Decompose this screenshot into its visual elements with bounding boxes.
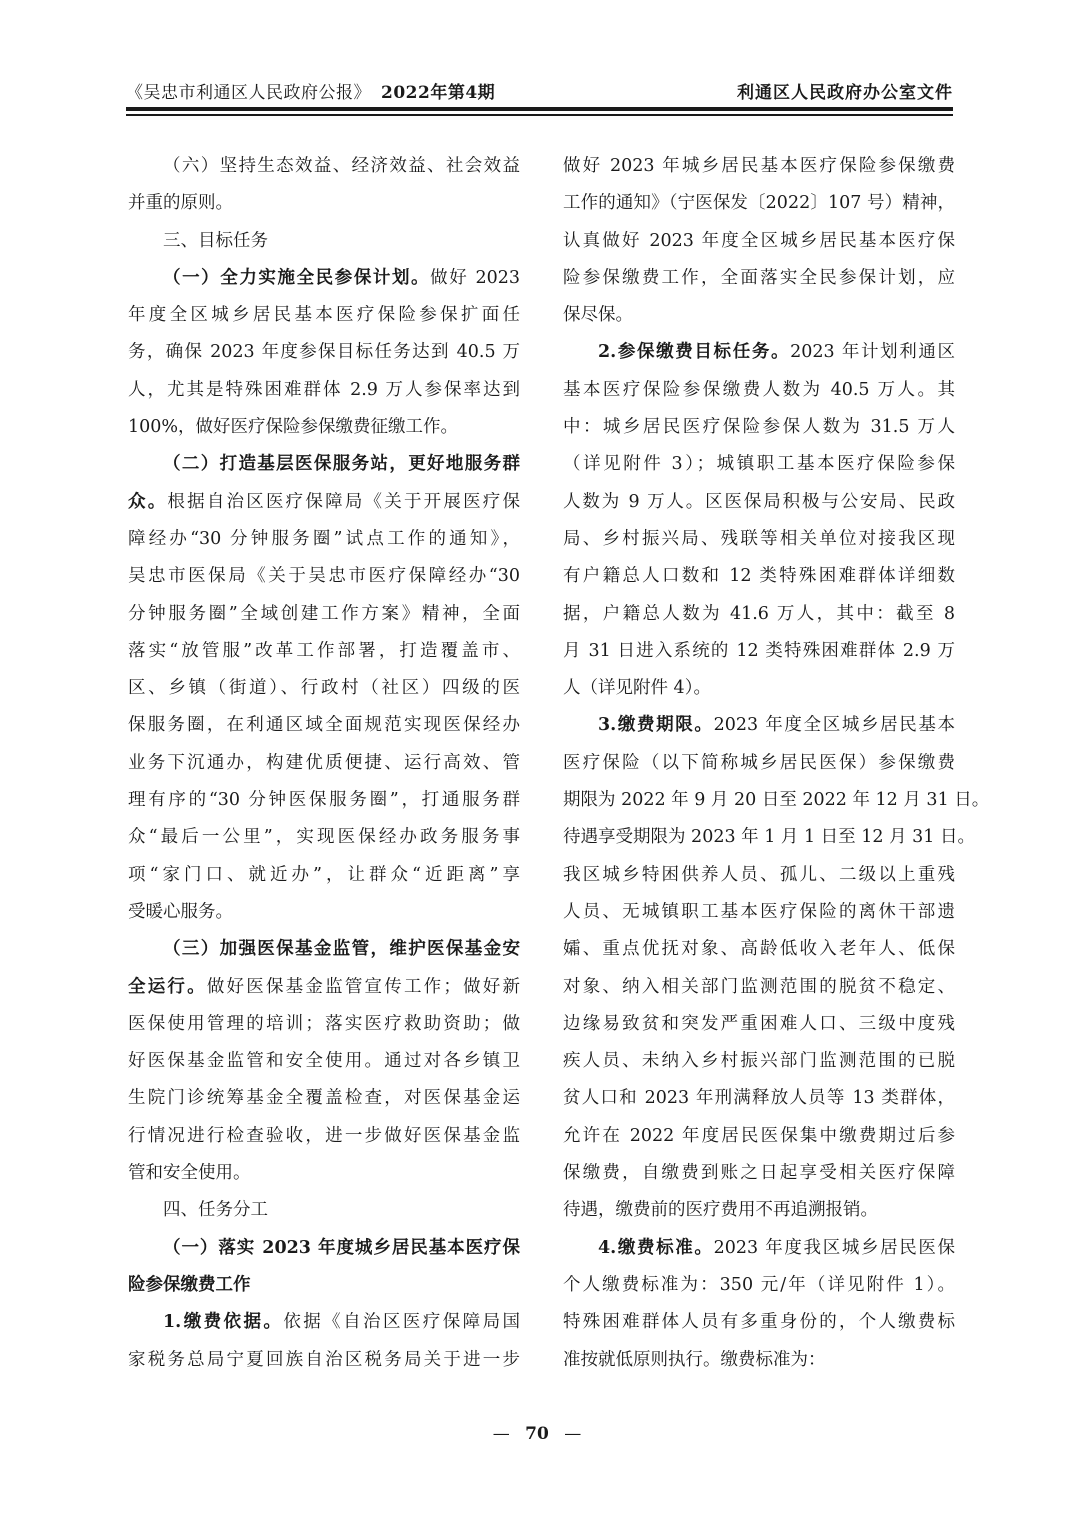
- bold-heading: 2.参保缴费目标任务。: [598, 342, 790, 362]
- body-text: 吴忠市医保局《关于吴忠市医疗保障经办“30: [128, 566, 520, 586]
- dash-left: —: [493, 1424, 510, 1444]
- body-text: （六）坚持生态效益、经济效益、社会效益: [163, 156, 520, 176]
- page-number: 70: [525, 1424, 549, 1444]
- text-line: 理有序的“30 分钟医保服务圈”，打通服务群: [128, 782, 520, 819]
- body-text: 我区城乡特困供养人员、孤儿、二级以上重残: [563, 865, 955, 885]
- body-text: 特殊困难群体人员有多重身份的，个人缴费标: [563, 1312, 955, 1332]
- text-line: 人（详见附件 4）。: [563, 670, 955, 707]
- text-line: 生院门诊统筹基金全覆盖检查，对医保基金运: [128, 1080, 520, 1117]
- body-text: 管和安全使用。: [128, 1163, 251, 1183]
- text-line: （二）打造基层医保服务站，更好地服务群: [128, 446, 520, 483]
- text-line: 业务下沉通办，构建优质便捷、运行高效、管: [128, 745, 520, 782]
- body-text: 做好 2023 年城乡居民基本医疗保险参保缴费: [563, 156, 955, 176]
- bold-heading: 4.缴费标准。: [598, 1238, 714, 1258]
- body-text: 有户籍总人口数和 12 类特殊困难群体详细数: [563, 566, 955, 586]
- body-text: 工作的通知》（宁医保发〔2022〕107 号）精神，: [563, 193, 955, 213]
- body-text: 孀、重点优抚对象、高龄低收入老年人、低保: [563, 939, 955, 959]
- text-line: 局、乡村振兴局、残联等相关单位对接我区现: [563, 521, 955, 558]
- text-line: 有户籍总人口数和 12 类特殊困难群体详细数: [563, 558, 955, 595]
- text-line: 待遇，缴费前的医疗费用不再追溯报销。: [563, 1192, 955, 1229]
- header-rule-thick: [126, 107, 953, 111]
- body-text: 障经办“30 分钟服务圈”试点工作的通知》，: [128, 529, 520, 549]
- body-text: 项“家门口、就近办”，让群众“近距离”享: [128, 865, 520, 885]
- bold-heading: （三）加强医保基金监管，维护医保基金安: [163, 939, 520, 959]
- body-text: 认真做好 2023 年度全区城乡居民基本医疗保: [563, 231, 955, 251]
- body-text: 依据《自治区医疗保障局国: [283, 1312, 520, 1332]
- body-text: 保服务圈，在利通区域全面规范实现医保经办: [128, 715, 520, 735]
- text-line: 行情况进行检查验收，进一步做好医保基金监: [128, 1118, 520, 1155]
- body-text: 2023 年度我区城乡居民医保: [714, 1238, 955, 1258]
- text-line: （六）坚持生态效益、经济效益、社会效益: [128, 148, 520, 185]
- text-line: 众。根据自治区医疗保障局《关于开展医疗保: [128, 484, 520, 521]
- body-text: 边缘易致贫和突发严重困难人口、三级中度残: [563, 1014, 955, 1034]
- text-line: （一）全力实施全民参保计划。做好 2023: [128, 260, 520, 297]
- body-text: 好医保基金监管和安全使用。通过对各乡镇卫: [128, 1051, 520, 1071]
- text-line: 区、乡镇（街道）、行政村（社区）四级的医: [128, 670, 520, 707]
- text-line: 年度全区城乡居民基本医疗保险参保扩面任: [128, 297, 520, 334]
- text-line: 准按就低原则执行。缴费标准为：: [563, 1342, 955, 1379]
- body-text: 四、任务分工: [163, 1200, 268, 1220]
- body-text: 众“最后一公里”，实现医保经办政务服务事: [128, 827, 520, 847]
- text-line: 险参保缴费工作: [128, 1267, 520, 1304]
- text-line: 个人缴费标准为：350 元/年（详见附件 1）。: [563, 1267, 955, 1304]
- body-text: 受暖心服务。: [128, 902, 233, 922]
- body-text: 人（详见附件 4）。: [563, 678, 711, 698]
- page-footer: — 70 —: [0, 1424, 1074, 1444]
- text-line: 100%，做好医疗保险参保缴费征缴工作。: [128, 409, 520, 446]
- publication-name: 《吴忠市利通区人民政府公报》: [126, 83, 371, 103]
- body-text: 分钟服务圈”全域创建工作方案》精神，全面: [128, 604, 520, 624]
- body-text: 人，尤其是特殊困难群体 2.9 万人参保率达到: [128, 380, 520, 400]
- dash-right: —: [564, 1424, 581, 1444]
- right-column: 做好 2023 年城乡居民基本医疗保险参保缴费工作的通知》（宁医保发〔2022〕…: [563, 148, 955, 1379]
- bold-heading: 众。: [128, 492, 167, 512]
- text-line: 月 31 日进入系统的 12 类特殊困难群体 2.9 万: [563, 633, 955, 670]
- body-text: 人员、无城镇职工基本医疗保险的离休干部遗: [563, 902, 955, 922]
- body-text: （详见附件 3）；城镇职工基本医疗保险参保: [563, 454, 955, 474]
- text-line: 落实“放管服”改革工作部署，打造覆盖市、: [128, 633, 520, 670]
- body-text: 待遇享受期限为 2023 年 1 月 1 日至 12 月 31 日。: [563, 827, 975, 847]
- text-line: 1.缴费依据。依据《自治区医疗保障局国: [128, 1304, 520, 1341]
- body-text: 对象、纳入相关部门监测范围的脱贫不稳定、: [563, 977, 955, 997]
- body-text: 年度全区城乡居民基本医疗保险参保扩面任: [128, 305, 520, 325]
- text-line: 保服务圈，在利通区域全面规范实现医保经办: [128, 707, 520, 744]
- body-text: 疾人员、未纳入乡村振兴部门监测范围的已脱: [563, 1051, 955, 1071]
- text-line: 工作的通知》（宁医保发〔2022〕107 号）精神，: [563, 185, 955, 222]
- body-text: 家税务总局宁夏回族自治区税务局关于进一步: [128, 1350, 520, 1370]
- text-line: 受暖心服务。: [128, 894, 520, 931]
- text-line: 全运行。做好医保基金监管宣传工作；做好新: [128, 969, 520, 1006]
- text-line: 医保使用管理的培训；落实医疗救助资助；做: [128, 1006, 520, 1043]
- running-header: 《吴忠市利通区人民政府公报》2022年第4期 利通区人民政府办公室文件: [126, 78, 953, 102]
- body-text: 并重的原则。: [128, 193, 233, 213]
- bold-heading: 1.缴费依据。: [163, 1312, 283, 1332]
- body-text: 行情况进行检查验收，进一步做好医保基金监: [128, 1126, 520, 1146]
- body-text: 生院门诊统筹基金全覆盖检查，对医保基金运: [128, 1088, 520, 1108]
- body-text: 保尽保。: [563, 305, 633, 325]
- body-text: 月 31 日进入系统的 12 类特殊困难群体 2.9 万: [563, 641, 955, 661]
- text-line: 孀、重点优抚对象、高龄低收入老年人、低保: [563, 931, 955, 968]
- text-line: 管和安全使用。: [128, 1155, 520, 1192]
- body-text: 局、乡村振兴局、残联等相关单位对接我区现: [563, 529, 955, 549]
- text-line: 4.缴费标准。2023 年度我区城乡居民医保: [563, 1230, 955, 1267]
- body-text: 期限为 2022 年 9 月 20 日至 2022 年 12 月 31 日。: [563, 790, 989, 810]
- text-line: 障经办“30 分钟服务圈”试点工作的通知》，: [128, 521, 520, 558]
- text-line: 据，户籍总人数为 41.6 万人，其中：截至 8: [563, 596, 955, 633]
- text-line: 保尽保。: [563, 297, 955, 334]
- body-text: 准按就低原则执行。缴费标准为：: [563, 1350, 826, 1370]
- body-text: 区、乡镇（街道）、行政村（社区）四级的医: [128, 678, 520, 698]
- text-line: 医疗保险（以下简称城乡居民医保）参保缴费: [563, 745, 955, 782]
- body-text: 2023 年计划利通区: [790, 342, 955, 362]
- text-line: 2.参保缴费目标任务。2023 年计划利通区: [563, 334, 955, 371]
- text-line: 四、任务分工: [128, 1192, 520, 1229]
- text-line: 疾人员、未纳入乡村振兴部门监测范围的已脱: [563, 1043, 955, 1080]
- text-line: 人数为 9 万人。区医保局积极与公安局、民政: [563, 484, 955, 521]
- text-line: （一）落实 2023 年度城乡居民基本医疗保: [128, 1230, 520, 1267]
- text-line: 三、目标任务: [128, 223, 520, 260]
- bold-heading: （一）落实 2023 年度城乡居民基本医疗保: [163, 1238, 520, 1258]
- body-text: 人数为 9 万人。区医保局积极与公安局、民政: [563, 492, 955, 512]
- text-line: 险参保缴费工作，全面落实全民参保计划，应: [563, 260, 955, 297]
- bold-heading: 全运行。: [128, 977, 207, 997]
- body-text: 个人缴费标准为：350 元/年（详见附件 1）。: [563, 1275, 955, 1295]
- body-text: 基本医疗保险参保缴费人数为 40.5 万人。其: [563, 380, 955, 400]
- text-line: 认真做好 2023 年度全区城乡居民基本医疗保: [563, 223, 955, 260]
- issue-number: 2022年第4期: [381, 83, 495, 103]
- text-line: 我区城乡特困供养人员、孤儿、二级以上重残: [563, 857, 955, 894]
- text-line: 并重的原则。: [128, 185, 520, 222]
- text-line: 特殊困难群体人员有多重身份的，个人缴费标: [563, 1304, 955, 1341]
- text-line: 家税务总局宁夏回族自治区税务局关于进一步: [128, 1342, 520, 1379]
- body-text: 三、目标任务: [163, 231, 268, 251]
- section-title: 利通区人民政府办公室文件: [737, 78, 953, 103]
- body-text: 根据自治区医疗保障局《关于开展医疗保: [167, 492, 520, 512]
- body-text: 做好医保基金监管宣传工作；做好新: [207, 977, 520, 997]
- text-line: 分钟服务圈”全域创建工作方案》精神，全面: [128, 596, 520, 633]
- body-text: 做好 2023: [430, 268, 520, 288]
- text-line: 人员、无城镇职工基本医疗保险的离休干部遗: [563, 894, 955, 931]
- text-line: （三）加强医保基金监管，维护医保基金安: [128, 931, 520, 968]
- body-text: 中：城乡居民医疗保险参保人数为 31.5 万人: [563, 417, 955, 437]
- text-line: 边缘易致贫和突发严重困难人口、三级中度残: [563, 1006, 955, 1043]
- text-line: （详见附件 3）；城镇职工基本医疗保险参保: [563, 446, 955, 483]
- text-line: 项“家门口、就近办”，让群众“近距离”享: [128, 857, 520, 894]
- body-text: 落实“放管服”改革工作部署，打造覆盖市、: [128, 641, 520, 661]
- header-rule-thin: [126, 114, 953, 116]
- body-text: 务，确保 2023 年度参保目标任务达到 40.5 万: [128, 342, 520, 362]
- text-line: 中：城乡居民医疗保险参保人数为 31.5 万人: [563, 409, 955, 446]
- text-line: 做好 2023 年城乡居民基本医疗保险参保缴费: [563, 148, 955, 185]
- text-line: 对象、纳入相关部门监测范围的脱贫不稳定、: [563, 969, 955, 1006]
- bold-heading: 3.缴费期限。: [598, 715, 714, 735]
- text-line: 务，确保 2023 年度参保目标任务达到 40.5 万: [128, 334, 520, 371]
- left-column: （六）坚持生态效益、经济效益、社会效益并重的原则。三、目标任务（一）全力实施全民…: [128, 148, 520, 1379]
- publication-title: 《吴忠市利通区人民政府公报》2022年第4期: [126, 78, 495, 103]
- body-text: 待遇，缴费前的医疗费用不再追溯报销。: [563, 1200, 878, 1220]
- text-line: 待遇享受期限为 2023 年 1 月 1 日至 12 月 31 日。: [563, 819, 955, 856]
- body-text: 业务下沉通办，构建优质便捷、运行高效、管: [128, 753, 520, 773]
- text-line: 允许在 2022 年度居民医保集中缴费期过后参: [563, 1118, 955, 1155]
- bold-heading: （一）全力实施全民参保计划。: [163, 268, 430, 288]
- text-line: 贫人口和 2023 年刑满释放人员等 13 类群体，: [563, 1080, 955, 1117]
- body-text: 理有序的“30 分钟医保服务圈”，打通服务群: [128, 790, 520, 810]
- body-text: 允许在 2022 年度居民医保集中缴费期过后参: [563, 1126, 955, 1146]
- body-text: 100%，做好医疗保险参保缴费征缴工作。: [128, 417, 458, 437]
- body-text: 保缴费，自缴费到账之日起享受相关医疗保障: [563, 1163, 955, 1183]
- body-text: 医保使用管理的培训；落实医疗救助资助；做: [128, 1014, 520, 1034]
- body-text: 2023 年度全区城乡居民基本: [714, 715, 955, 735]
- body-text: 据，户籍总人数为 41.6 万人，其中：截至 8: [563, 604, 955, 624]
- text-line: 好医保基金监管和安全使用。通过对各乡镇卫: [128, 1043, 520, 1080]
- bold-heading: （二）打造基层医保服务站，更好地服务群: [163, 454, 520, 474]
- body-text: 医疗保险（以下简称城乡居民医保）参保缴费: [563, 753, 955, 773]
- text-line: 期限为 2022 年 9 月 20 日至 2022 年 12 月 31 日。: [563, 782, 955, 819]
- body-text: 险参保缴费工作，全面落实全民参保计划，应: [563, 268, 955, 288]
- text-line: 吴忠市医保局《关于吴忠市医疗保障经办“30: [128, 558, 520, 595]
- body-text: 贫人口和 2023 年刑满释放人员等 13 类群体，: [563, 1088, 955, 1108]
- text-line: 众“最后一公里”，实现医保经办政务服务事: [128, 819, 520, 856]
- text-line: 人，尤其是特殊困难群体 2.9 万人参保率达到: [128, 372, 520, 409]
- text-line: 保缴费，自缴费到账之日起享受相关医疗保障: [563, 1155, 955, 1192]
- text-line: 3.缴费期限。2023 年度全区城乡居民基本: [563, 707, 955, 744]
- bold-heading: 险参保缴费工作: [128, 1275, 251, 1295]
- text-line: 基本医疗保险参保缴费人数为 40.5 万人。其: [563, 372, 955, 409]
